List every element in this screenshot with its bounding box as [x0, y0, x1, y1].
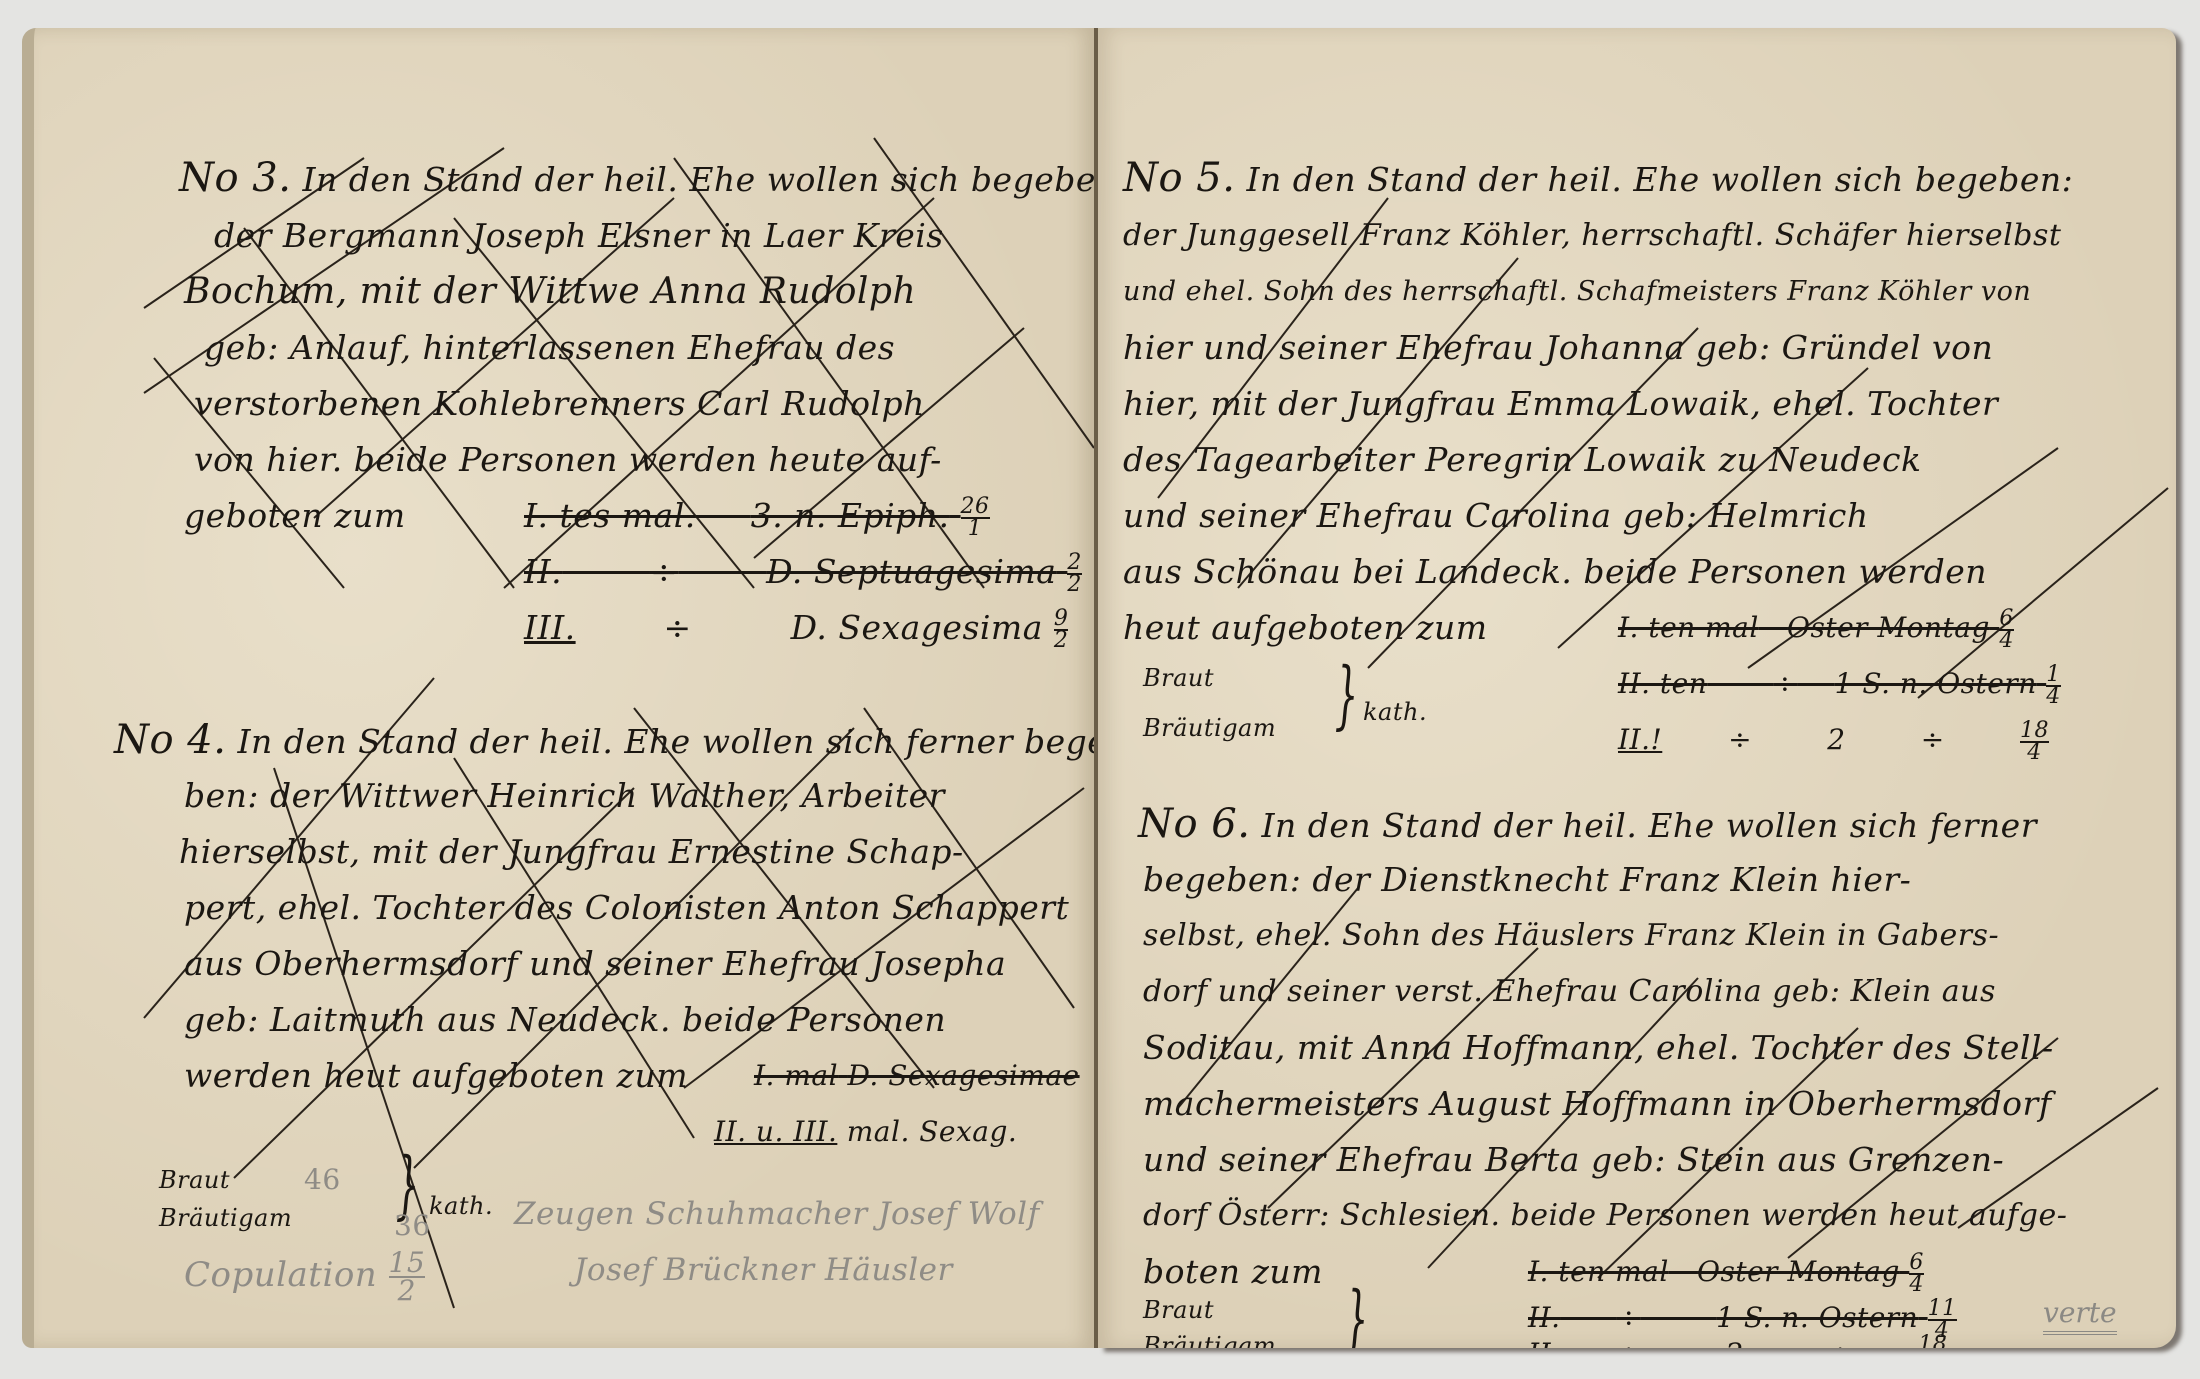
entry-line: pert, ehel. Tochter des Colonisten Anton…	[184, 888, 1069, 928]
religion-label: kath.	[1363, 692, 1427, 732]
entry-line: boten zum	[1143, 1252, 1323, 1292]
entry-number: No 6.	[1138, 801, 1250, 847]
entry-line: hier, mit der Jungfrau Emma Lowaik, ehel…	[1123, 384, 1998, 424]
brace: }	[1335, 658, 1359, 732]
banns-row-2: II. ÷ D. Septuagesima 22	[524, 552, 1082, 595]
entry-line: machermeisters August Hoffmann in Oberhe…	[1143, 1084, 2052, 1124]
entry-number: No 5.	[1123, 155, 1235, 201]
pencil-witnesses-line-1: Zeugen Schuhmacher Josef Wolf	[514, 1194, 1040, 1234]
banns-row-2: II. ten ÷ 1 S. n. Ostern 14	[1618, 664, 2061, 707]
entry-line: hier und seiner Ehefrau Johanna geb: Grü…	[1123, 328, 1993, 368]
entry-line: der Bergmann Joseph Elsner in Laer Kreis	[214, 216, 944, 256]
bride-label: Braut	[159, 1160, 230, 1200]
groom-label: Bräutigam	[159, 1198, 292, 1238]
entry-line: heut aufgeboten zum	[1123, 608, 1488, 648]
banns-row-1: I. mal D. Sexagesimae	[754, 1056, 1080, 1096]
entry-line: dorf und seiner verst. Ehefrau Carolina …	[1143, 972, 1996, 1012]
bride-label: Braut	[1143, 1290, 1214, 1330]
entry-line: und seiner Ehefrau Berta geb: Stein aus …	[1143, 1140, 2004, 1180]
banns-row-1: I. ten mal Oster Montag 64	[1528, 1252, 1924, 1295]
pencil-witnesses-line-2: Josef Brückner Häusler	[574, 1250, 953, 1290]
entry-line: In den Stand der heil. Ehe wollen sich b…	[1246, 160, 2073, 199]
entry-line: und ehel. Sohn des herrschaftl. Schafmei…	[1123, 272, 2031, 312]
date-fraction: 261	[961, 497, 990, 539]
left-page: No 3. In den Stand der heil. Ehe wollen …	[22, 28, 1094, 1348]
entry-line: verstorbenen Kohlebrenners Carl Rudolph	[194, 384, 925, 424]
entry-line: hierselbst, mit der Jungfrau Ernestine S…	[179, 832, 964, 872]
right-page: No 5. In den Stand der heil. Ehe wollen …	[1098, 28, 2176, 1348]
banns-row-3: II ÷ 2 ÷ 184	[1528, 1334, 1947, 1348]
entry-line: Bochum, mit der Wittwe Anna Rudolph	[184, 272, 916, 312]
entry-line: von hier. beide Personen werden heute au…	[194, 440, 942, 480]
entry-line: geboten zum	[184, 496, 406, 536]
banns-row-3: II.! ÷ 2 ÷ 184	[1618, 720, 2049, 763]
bride-label: Braut	[1143, 658, 1214, 698]
entry-line: geb: Laitmuth aus Neudeck. beide Persone…	[184, 1000, 946, 1040]
pencil-age-bride: 46	[304, 1160, 341, 1200]
entry-line: werden heut aufgeboten zum	[184, 1056, 688, 1096]
entry-line: des Tagearbeiter Peregrin Lowaik zu Neud…	[1123, 440, 1921, 480]
banns-row-3: III. ÷ D. Sexagesima 92	[524, 608, 1068, 651]
banns-row-2: II. u. III. mal. Sexag.	[714, 1112, 1017, 1152]
banns-row-1: I. ten mal Oster Montag 64	[1618, 608, 2014, 651]
groom-label: Bräutigam	[1143, 1326, 1276, 1348]
entry-number: No 4.	[114, 717, 226, 763]
entry-line: aus Schönau bei Landeck. beide Personen …	[1123, 552, 1987, 592]
entry-line: In den Stand der heil. Ehe wollen sich f…	[1261, 806, 2037, 845]
entry-line: der Junggesell Franz Köhler, herrschaftl…	[1123, 216, 2061, 256]
entry-line: aus Oberhermsdorf und seiner Ehefrau Jos…	[184, 944, 1006, 984]
groom-label: Bräutigam	[1143, 708, 1276, 748]
margin-note-verte: verte	[2043, 1296, 2117, 1335]
entry-line: begeben: der Dienstknecht Franz Klein hi…	[1143, 860, 1911, 900]
entry-line: geb: Anlauf, hinterlassenen Ehefrau des	[204, 328, 895, 368]
banns-row-1: I. tes mal. 3. n. Epiph. 261	[524, 496, 990, 539]
entry-number: No 3.	[179, 155, 291, 201]
entry-line: dorf Österr: Schlesien. beide Personen w…	[1143, 1196, 2067, 1236]
entry-line: In den Stand der heil. Ehe wollen sich f…	[237, 722, 1094, 761]
open-register-book: No 3. In den Stand der heil. Ehe wollen …	[0, 0, 2200, 1379]
entry-line: In den Stand der heil. Ehe wollen sich b…	[302, 160, 1094, 199]
entry-line: selbst, ehel. Sohn des Häuslers Franz Kl…	[1143, 916, 1999, 956]
pencil-age-groom: 36	[394, 1206, 431, 1246]
entry-line: ben: der Wittwer Heinrich Walther, Arbei…	[184, 776, 945, 816]
religion-label: kath.	[429, 1186, 493, 1226]
entry-line: Soditau, mit Anna Hoffmann, ehel. Tochte…	[1143, 1028, 2054, 1068]
pencil-copulation: Copulation 152	[184, 1250, 425, 1304]
brace: }	[1345, 1282, 1369, 1348]
entry-line: und seiner Ehefrau Carolina geb: Helmric…	[1123, 496, 1869, 536]
